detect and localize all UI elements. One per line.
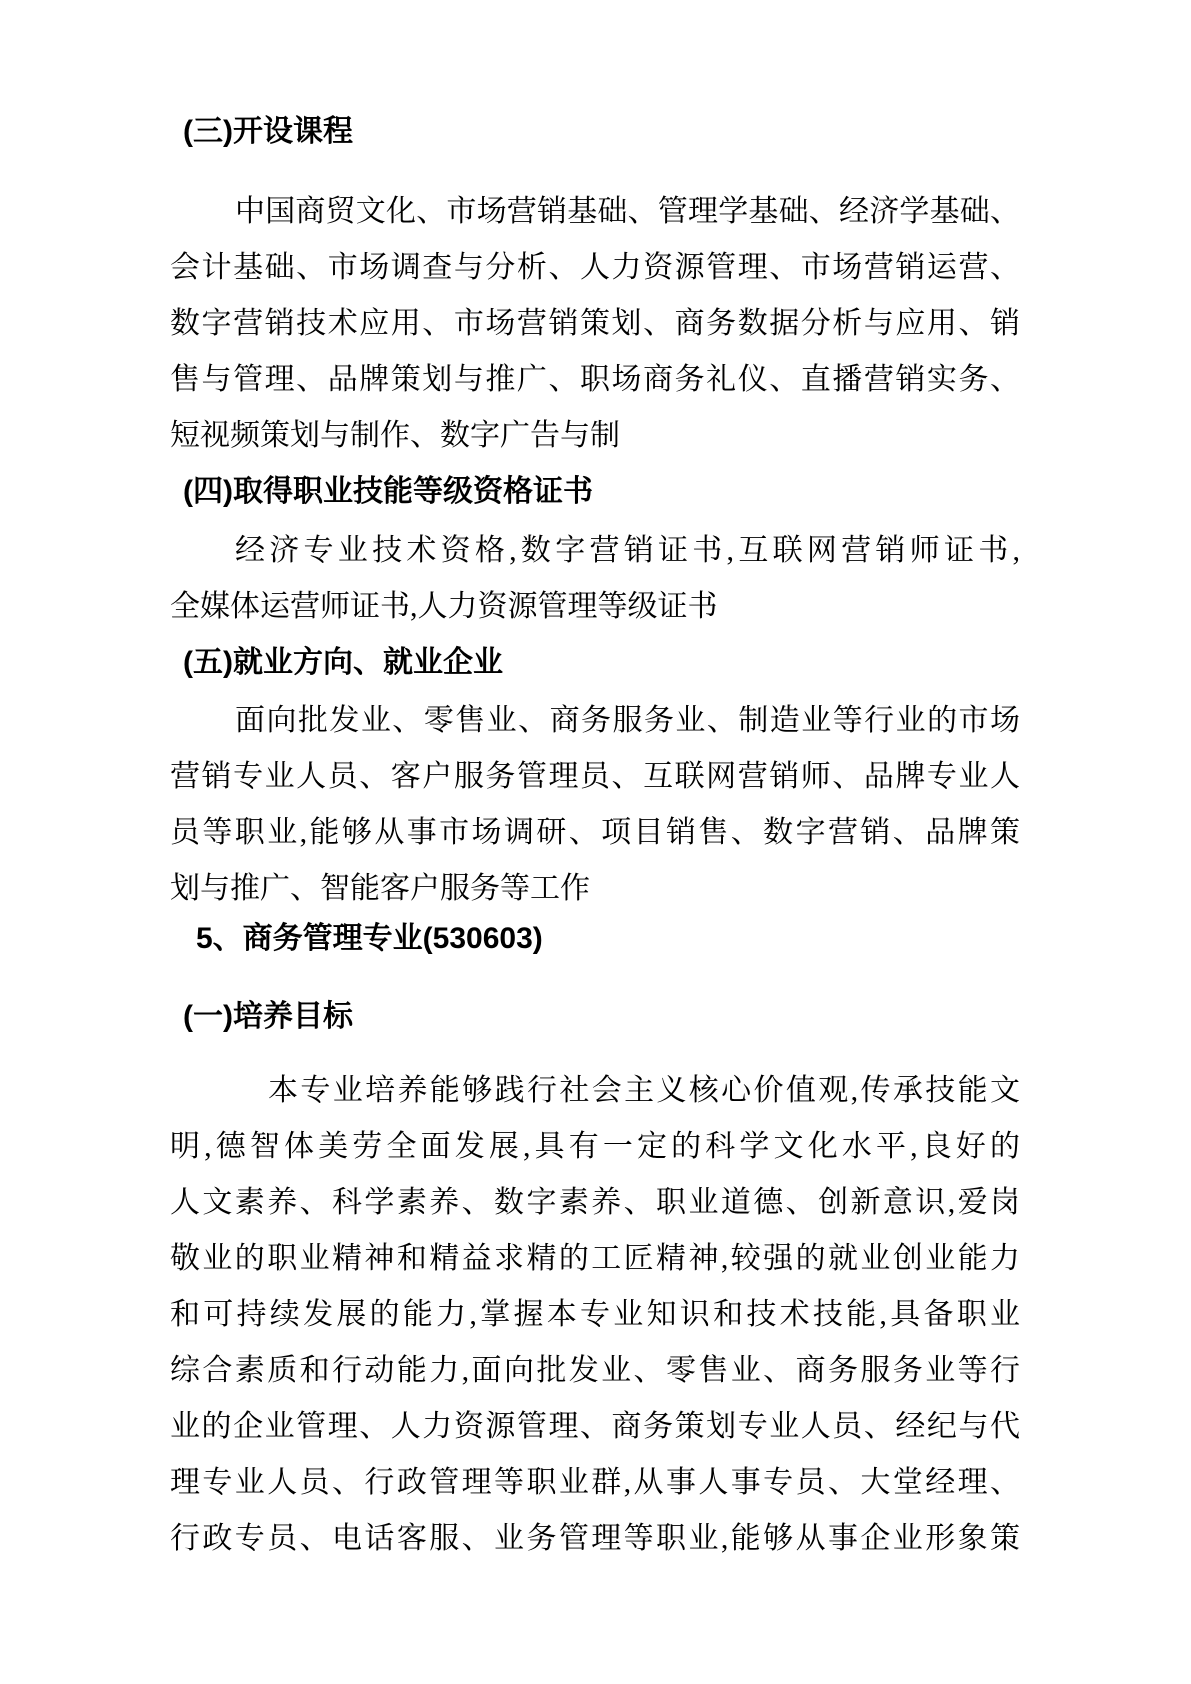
text-line: 会计基础、市场调查与分析、人力资源管理、市场营销运营、 [170,240,1020,296]
heading-training-objective: (一)培养目标 [170,989,1020,1045]
text-line: 明,德智体美劳全面发展,具有一定的科学文化水平,良好的 [170,1119,1020,1175]
heading-courses: (三)开设课程 [170,104,1020,160]
text-line: 人文素养、科学素养、数字素养、职业道德、创新意识,爱岗 [170,1175,1020,1231]
text-line: 理专业人员、行政管理等职业群,从事人事专员、大堂经理、 [170,1455,1020,1511]
text-line: 员等职业,能够从事市场调研、项目销售、数字营销、品牌策 [170,805,1020,861]
text-line: 数字营销技术应用、市场营销策划、商务数据分析与应用、销 [170,296,1020,352]
text-line: 行政专员、电话客服、业务管理等职业,能够从事企业形象策 [170,1511,1020,1567]
text-line: 营销专业人员、客户服务管理员、互联网营销师、品牌专业人 [170,749,1020,805]
document-page: (三)开设课程 中国商贸文化、市场营销基础、管理学基础、经济学基础、 会计基础、… [0,0,1191,1684]
text-line: 全媒体运营师证书,人力资源管理等级证书 [170,579,1020,635]
text-line: 售与管理、品牌策划与推广、职场商务礼仪、直播营销实务、 [170,352,1020,408]
text-line: 中国商贸文化、市场营销基础、管理学基础、经济学基础、 [170,184,1020,240]
paragraph-employment: 面向批发业、零售业、商务服务业、制造业等行业的市场 营销专业人员、客户服务管理员… [170,693,1020,917]
heading-certificates: (四)取得职业技能等级资格证书 [170,464,1020,520]
text-line: 业的企业管理、人力资源管理、商务策划专业人员、经纪与代 [170,1399,1020,1455]
heading-employment: (五)就业方向、就业企业 [170,635,1020,691]
text-line: 和可持续发展的能力,掌握本专业知识和技术技能,具备职业 [170,1287,1020,1343]
text-line: 短视频策划与制作、数字广告与制 [170,408,1020,464]
text-line: 敬业的职业精神和精益求精的工匠精神,较强的就业创业能力 [170,1231,1020,1287]
paragraph-training-objective: 本专业培养能够践行社会主义核心价值观,传承技能文 明,德智体美劳全面发展,具有一… [170,1063,1020,1567]
text-line: 划与推广、智能客户服务等工作 [170,861,1020,917]
text-line: 综合素质和行动能力,面向批发业、零售业、商务服务业等行 [170,1343,1020,1399]
text-line: 经济专业技术资格,数字营销证书,互联网营销师证书, [170,523,1020,579]
paragraph-courses: 中国商贸文化、市场营销基础、管理学基础、经济学基础、 会计基础、市场调查与分析、… [170,184,1020,464]
text-line: 本专业培养能够践行社会主义核心价值观,传承技能文 [170,1063,1020,1119]
heading-major-business-management: 5、商务管理专业(530603) [170,911,1020,967]
paragraph-certificates: 经济专业技术资格,数字营销证书,互联网营销师证书, 全媒体运营师证书,人力资源管… [170,523,1020,635]
text-line: 面向批发业、零售业、商务服务业、制造业等行业的市场 [170,693,1020,749]
